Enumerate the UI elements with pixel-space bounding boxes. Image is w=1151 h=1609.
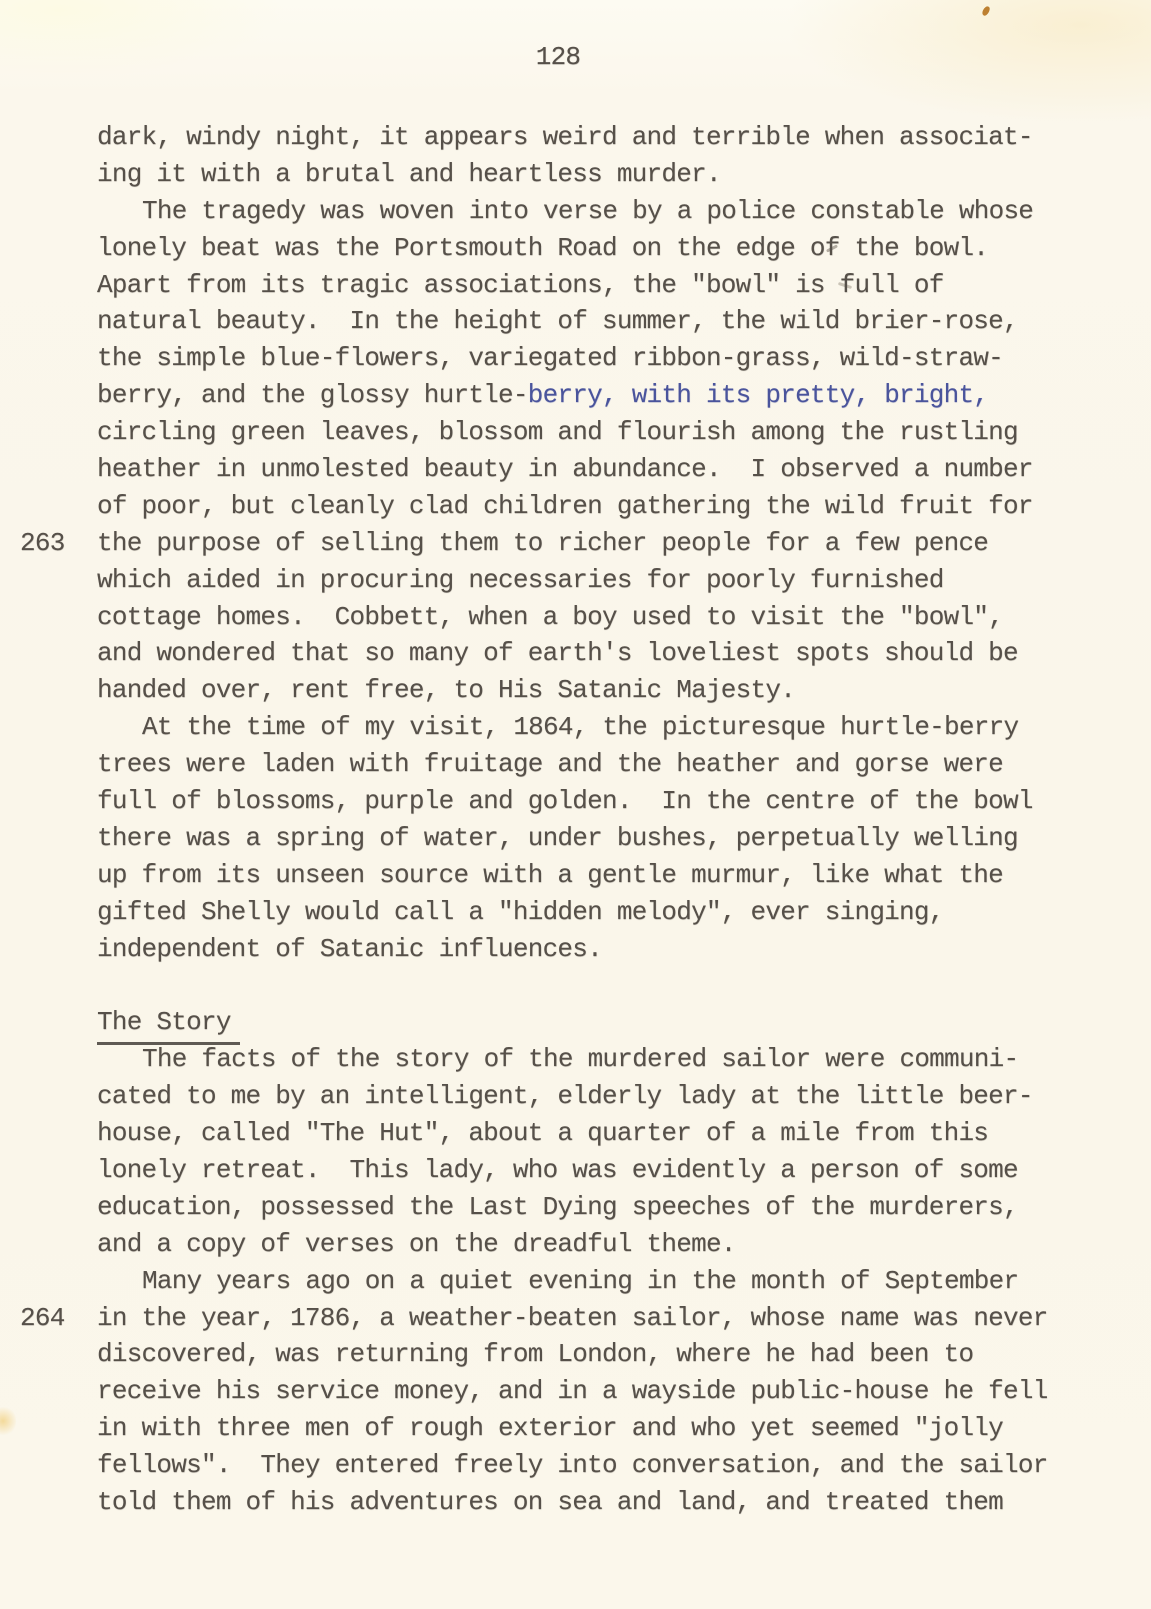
text-line: The facts of the story of the murdered s…	[97, 1041, 1077, 1078]
section-heading-text: The Story	[97, 1004, 240, 1045]
scanned-page: 128 263 264 dark, windy night, it appear…	[0, 0, 1151, 1609]
text-line: house, called "The Hut", about a quarter…	[97, 1115, 1077, 1152]
margin-number-263: 263	[20, 525, 65, 562]
ink-speck	[981, 5, 991, 17]
text-line: in the year, 1786, a weather-beaten sail…	[97, 1300, 1077, 1337]
text-line: full of blossoms, purple and golden. In …	[97, 783, 1077, 820]
text-segment-blue-ink: berry, with its pretty, bright,	[528, 380, 988, 410]
document-text: dark, windy night, it appears weird and …	[97, 119, 1077, 1521]
text-line: education, possessed the Last Dying spee…	[97, 1189, 1077, 1226]
text-line: natural beauty. In the height of summer,…	[97, 303, 1077, 340]
text-line: the simple blue-flowers, variegated ribb…	[97, 340, 1077, 377]
text-line: in with three men of rough exterior and …	[97, 1410, 1077, 1447]
margin-number-264: 264	[20, 1300, 65, 1337]
text-line: handed over, rent free, to His Satanic M…	[97, 672, 1077, 709]
text-line: ing it with a brutal and heartless murde…	[97, 156, 1077, 193]
text-line: which aided in procuring necessaries for…	[97, 562, 1077, 599]
page-number: 128	[513, 42, 603, 72]
text-line: fellows". They entered freely into conve…	[97, 1447, 1077, 1484]
text-line: discovered, was returning from London, w…	[97, 1336, 1077, 1373]
text-line: cottage homes. Cobbett, when a boy used …	[97, 599, 1077, 636]
text-line: circling green leaves, blossom and flour…	[97, 414, 1077, 451]
text-line: told them of his adventures on sea and l…	[97, 1484, 1077, 1521]
text-line: The tragedy was woven into verse by a po…	[97, 193, 1077, 230]
text-line: the purpose of selling them to richer pe…	[97, 525, 1077, 562]
text-line: lonely retreat. This lady, who was evide…	[97, 1152, 1077, 1189]
text-line: dark, windy night, it appears weird and …	[97, 119, 1077, 156]
text-line: and wondered that so many of earth's lov…	[97, 635, 1077, 672]
text-segment-dark: berry, and the glossy hurtle-	[97, 380, 528, 410]
text-line: Many years ago on a quiet evening in the…	[97, 1263, 1077, 1300]
text-line: up from its unseen source with a gentle …	[97, 857, 1077, 894]
text-line: At the time of my visit, 1864, the pictu…	[97, 709, 1077, 746]
text-line: independent of Satanic influences.	[97, 931, 1077, 968]
text-line: heather in unmolested beauty in abundanc…	[97, 451, 1077, 488]
text-line: receive his service money, and in a ways…	[97, 1373, 1077, 1410]
text-line: there was a spring of water, under bushe…	[97, 820, 1077, 857]
text-line: trees were laden with fruitage and the h…	[97, 746, 1077, 783]
text-line: cated to me by an intelligent, elderly l…	[97, 1078, 1077, 1115]
text-line: Apart from its tragic associations, the …	[97, 267, 1077, 304]
text-line: lonely beat was the Portsmouth Road on t…	[97, 230, 1077, 267]
text-line: gifted Shelly would call a "hidden melod…	[97, 894, 1077, 931]
paper-smudge	[0, 1406, 16, 1436]
blank-line	[97, 967, 1077, 1004]
text-line-two-tone: berry, and the glossy hurtle-berry, with…	[97, 377, 1077, 414]
section-heading: The Story	[97, 1004, 1077, 1041]
text-line: of poor, but cleanly clad children gathe…	[97, 488, 1077, 525]
text-line: and a copy of verses on the dreadful the…	[97, 1226, 1077, 1263]
